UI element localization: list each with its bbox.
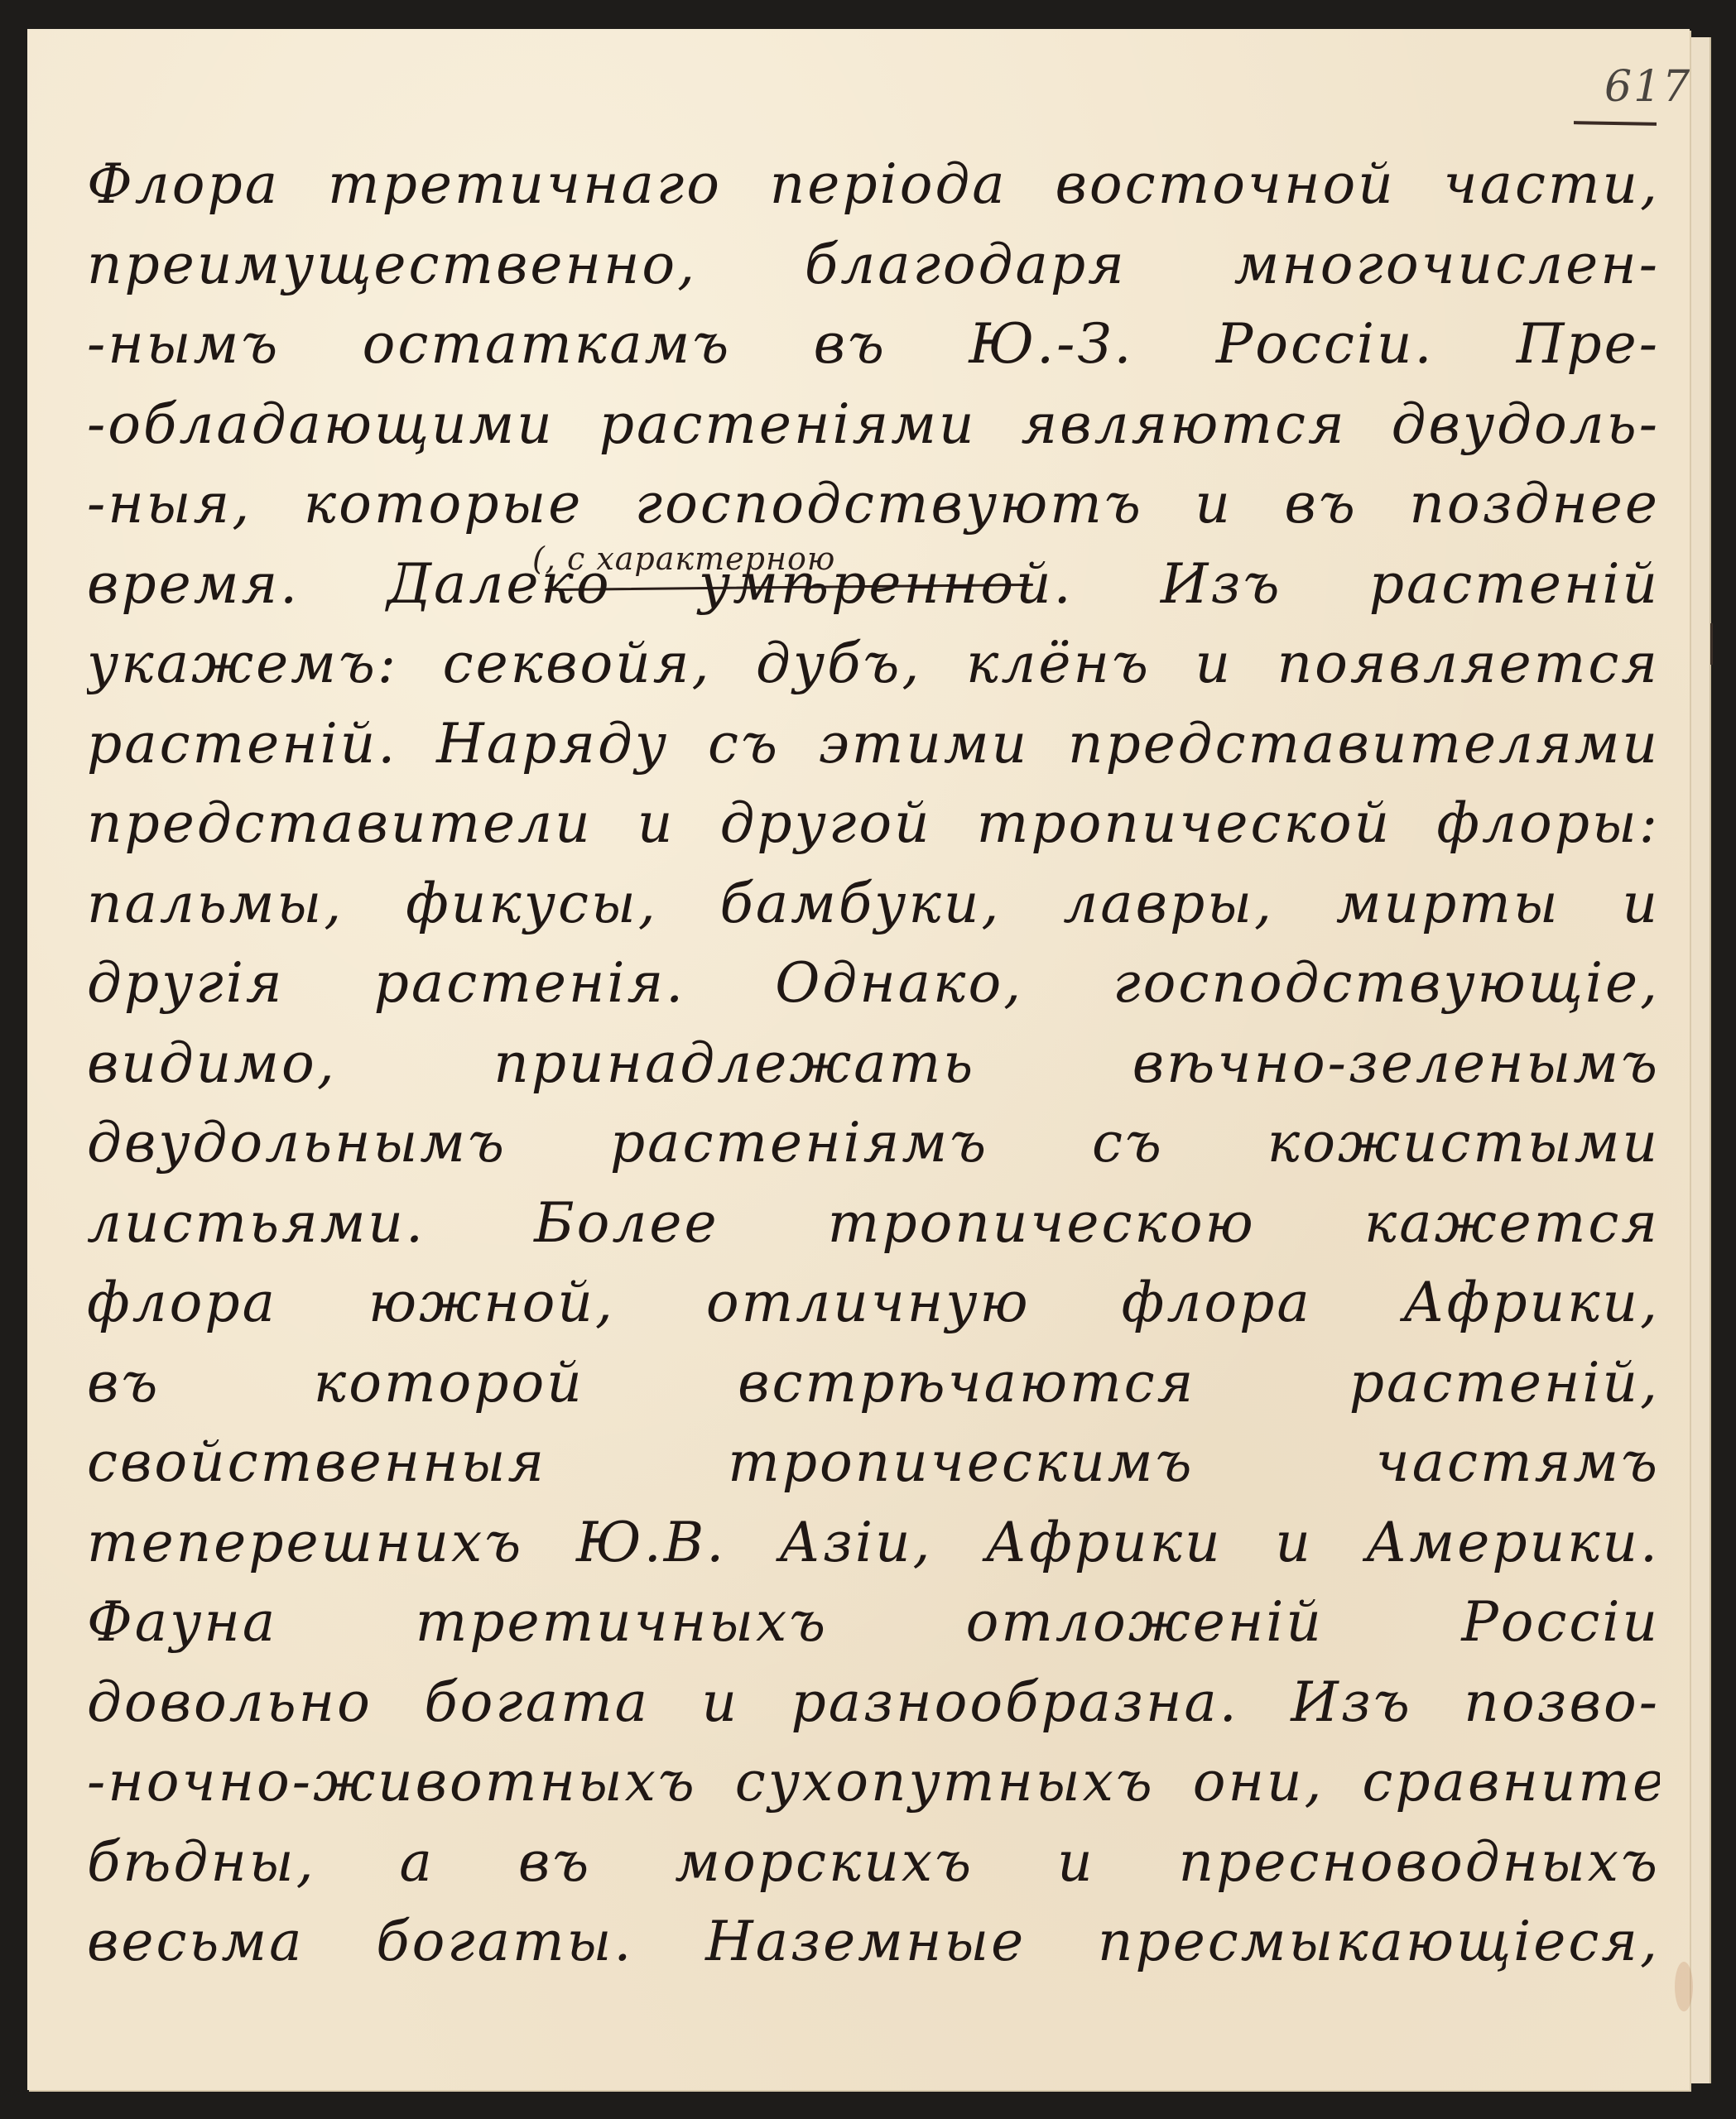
text-line: двудольнымъ растеніямъ съ кожистыми [87,1103,1660,1184]
text-line: пальмы, фикусы, бамбуки, лавры, мирты и [87,864,1660,944]
text-line: растеній. Наряду съ этими представителям… [87,704,1660,785]
margin-mark [1710,623,1713,665]
text-line: -обладающими растеніями являются двудоль… [87,385,1660,465]
text-line: видимо, принадлежать вѣчно-зеленымъ [87,1024,1660,1104]
text-line: теперешнихъ Ю.В. Азіи, Африки и Америки. [87,1503,1660,1583]
text-line: -ночно-животныхъ сухопутныхъ они, сравни… [87,1742,1660,1823]
text-line: весьма богаты. Наземные пресмыкающіеся, [87,1902,1660,1982]
handwritten-text-block: Флора третичнаго періода восточной части… [87,145,1660,1982]
text-line: другія растенія. Однако, господствующіе, [87,944,1660,1024]
text-line: довольно богата и разнообразна. Изъ позв… [87,1663,1660,1743]
text-line: свойственныя тропическимъ частямъ [87,1423,1660,1503]
text-line: -ныя, которые господствуютъ и въ позднее [87,464,1660,545]
page-number-underline [1574,121,1657,126]
paper-stain [1675,1962,1693,2011]
text-line: Флора третичнаго періода восточной части… [87,145,1660,225]
manuscript-page: 617 (, с характерною Флора третичнаго пе… [27,29,1690,2090]
text-line: въ которой встрѣчаются растеній, [87,1343,1660,1424]
text-line: время. Далеко умѣренной. Изъ растеній [87,545,1660,625]
text-line: укажемъ: секвойя, дубъ, клёнъ и появляет… [87,624,1660,704]
scanned-manuscript: 617 (, с характерною Флора третичнаго пе… [0,0,1736,2119]
text-line: Фауна третичныхъ отложеній Россіи [87,1583,1660,1663]
text-line: представители и другой тропической флоры… [87,784,1660,864]
text-line: флора южной, отличную флора Африки, [87,1263,1660,1343]
text-line: листьями. Более тропическою кажется [87,1184,1660,1264]
text-line: бѣдны, а въ морскихъ и пресноводныхъ [87,1823,1660,1903]
text-line: преимущественно, благодаря многочислен- [87,225,1660,305]
page-number: 617 [1604,62,1691,112]
text-line: -нымъ остаткамъ въ Ю.-З. Россіи. Пре- [87,305,1660,385]
